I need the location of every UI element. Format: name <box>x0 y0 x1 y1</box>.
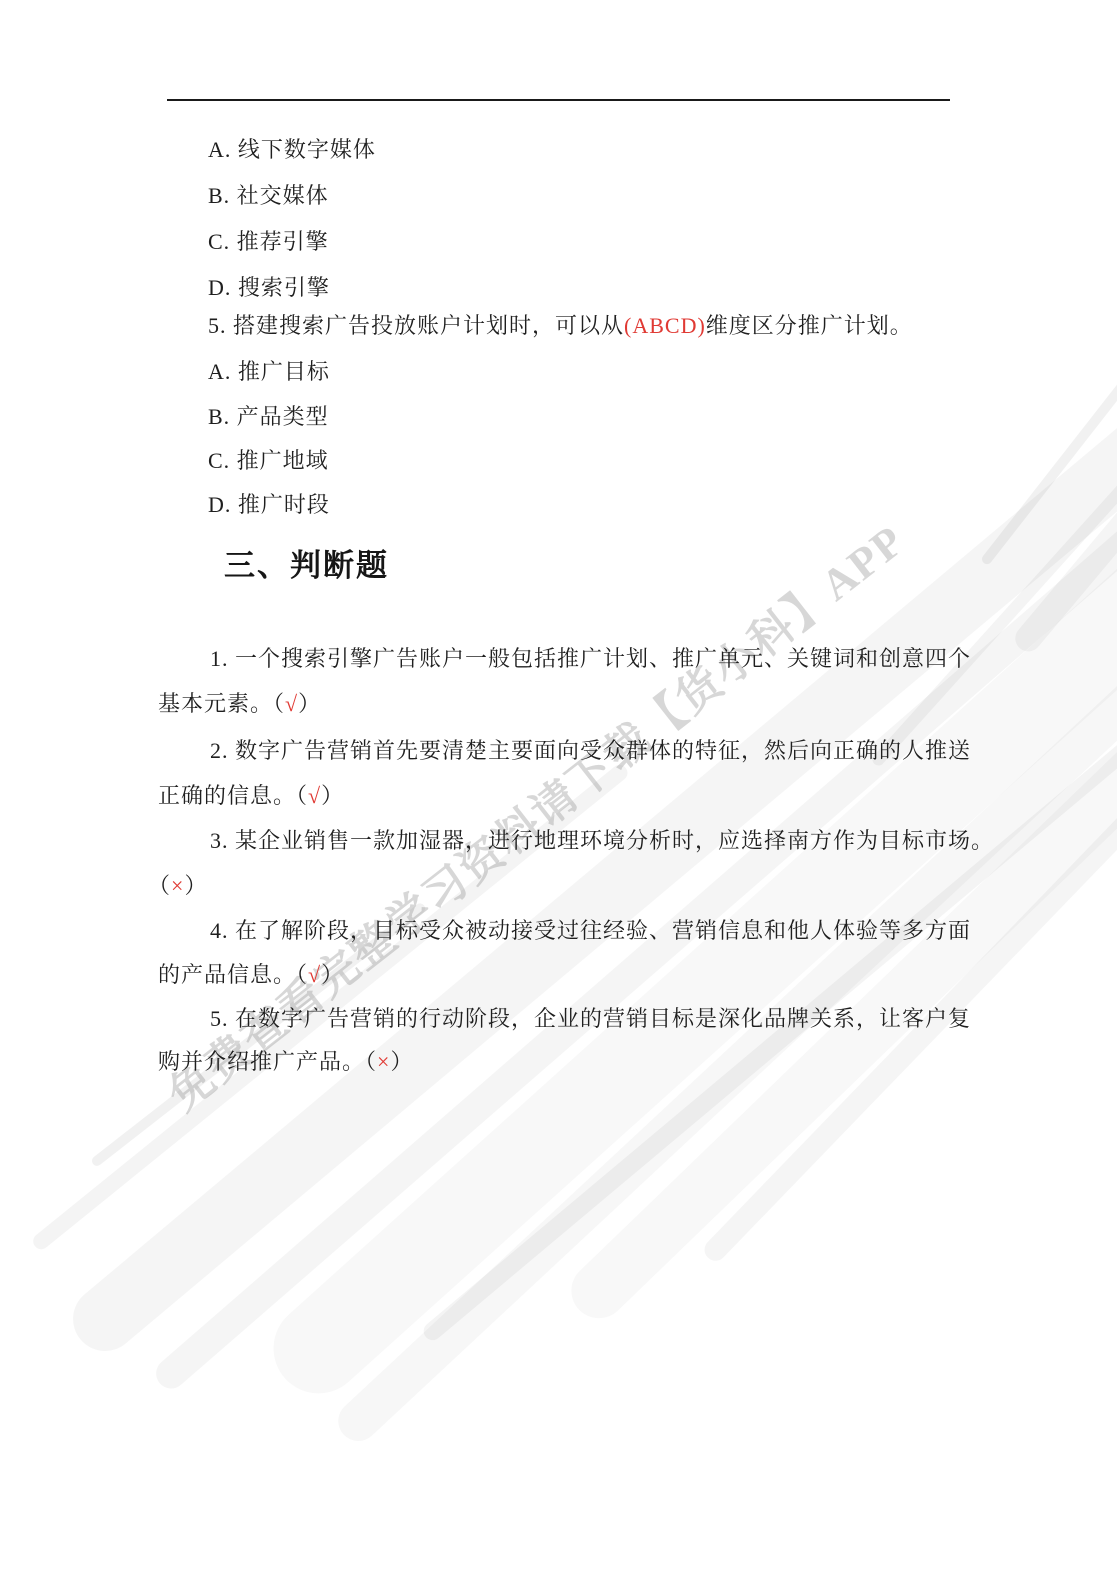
text-segment: 1. 一个搜索引擎广告账户一般包括推广计划、推广单元、关键词和创意四个 <box>210 646 971 671</box>
option-line: A. 推广目标 <box>208 358 330 386</box>
option-line: C. 推广地域 <box>208 447 329 475</box>
text-segment: 2. 数字广告营销首先要清楚主要面向受众群体的特征，然后向正确的人推送 <box>210 738 971 763</box>
text-segment: 基本元素。（ <box>158 691 285 716</box>
cross-mark: × <box>377 1049 390 1074</box>
text-segment: 正确的信息。（ <box>158 783 308 808</box>
text-segment: （ <box>148 873 171 898</box>
option-line: D. 搜索引擎 <box>208 274 330 302</box>
question-line: 5. 在数字广告营销的行动阶段，企业的营销目标是深化品牌关系，让客户复 <box>210 1005 971 1033</box>
section-heading: 三、判断题 <box>224 548 389 584</box>
text-segment: 三、判断题 <box>224 548 389 583</box>
text-segment: 的产品信息。（ <box>158 962 308 987</box>
text-segment: 维度区分推广计划。 <box>706 313 913 338</box>
text-segment: 5. 搭建搜索广告投放账户计划时，可以从 <box>208 313 624 338</box>
text-lines: A. 线下数字媒体B. 社交媒体C. 推荐引擎D. 搜索引擎5. 搭建搜索广告投… <box>0 0 1117 1579</box>
text-segment: 4. 在了解阶段，目标受众被动接受过往经验、营销信息和他人体验等多方面 <box>210 918 971 943</box>
question-line: 2. 数字广告营销首先要清楚主要面向受众群体的特征，然后向正确的人推送 <box>210 737 971 765</box>
question-line: 1. 一个搜索引擎广告账户一般包括推广计划、推广单元、关键词和创意四个 <box>210 645 971 673</box>
document-page: 免费查看完整学习资料请下载【货小科】APP A. 线下数字媒体B. 社交媒体C.… <box>0 0 1117 1579</box>
question-line: 3. 某企业销售一款加湿器，进行地理环境分析时，应选择南方作为目标市场。 <box>210 827 994 855</box>
text-segment: ） <box>321 783 344 808</box>
check-mark: √ <box>285 691 298 716</box>
question-line: 4. 在了解阶段，目标受众被动接受过往经验、营销信息和他人体验等多方面 <box>210 917 971 945</box>
question-line: 5. 搭建搜索广告投放账户计划时，可以从(ABCD)维度区分推广计划。 <box>208 312 913 340</box>
text-segment: C. 推广地域 <box>208 448 329 473</box>
answer-letters: (ABCD) <box>624 313 706 338</box>
option-line: D. 推广时段 <box>208 491 330 519</box>
text-segment: B. 社交媒体 <box>208 183 329 208</box>
text-segment: ） <box>184 873 207 898</box>
question-line: 基本元素。（√） <box>158 690 321 718</box>
option-line: B. 社交媒体 <box>208 182 329 210</box>
option-line: A. 线下数字媒体 <box>208 136 376 164</box>
text-segment: ） <box>321 962 344 987</box>
check-mark: √ <box>308 783 321 808</box>
text-segment: A. 推广目标 <box>208 359 330 384</box>
text-segment: B. 产品类型 <box>208 404 329 429</box>
question-line: 的产品信息。（√） <box>158 961 344 989</box>
text-segment: 5. 在数字广告营销的行动阶段，企业的营销目标是深化品牌关系，让客户复 <box>210 1006 971 1031</box>
text-segment: C. 推荐引擎 <box>208 229 329 254</box>
text-segment: 3. 某企业销售一款加湿器，进行地理环境分析时，应选择南方作为目标市场。 <box>210 828 994 853</box>
text-segment: 购并介绍推广产品。（ <box>158 1049 377 1074</box>
text-segment: A. 线下数字媒体 <box>208 137 376 162</box>
option-line: C. 推荐引擎 <box>208 228 329 256</box>
question-line: （×） <box>148 872 207 900</box>
cross-mark: × <box>171 873 184 898</box>
question-line: 正确的信息。（√） <box>158 782 344 810</box>
option-line: B. 产品类型 <box>208 403 329 431</box>
check-mark: √ <box>308 962 321 987</box>
text-segment: ） <box>390 1049 413 1074</box>
text-segment: D. 推广时段 <box>208 492 330 517</box>
question-line: 购并介绍推广产品。（×） <box>158 1048 413 1076</box>
text-segment: ） <box>298 691 321 716</box>
text-segment: D. 搜索引擎 <box>208 275 330 300</box>
